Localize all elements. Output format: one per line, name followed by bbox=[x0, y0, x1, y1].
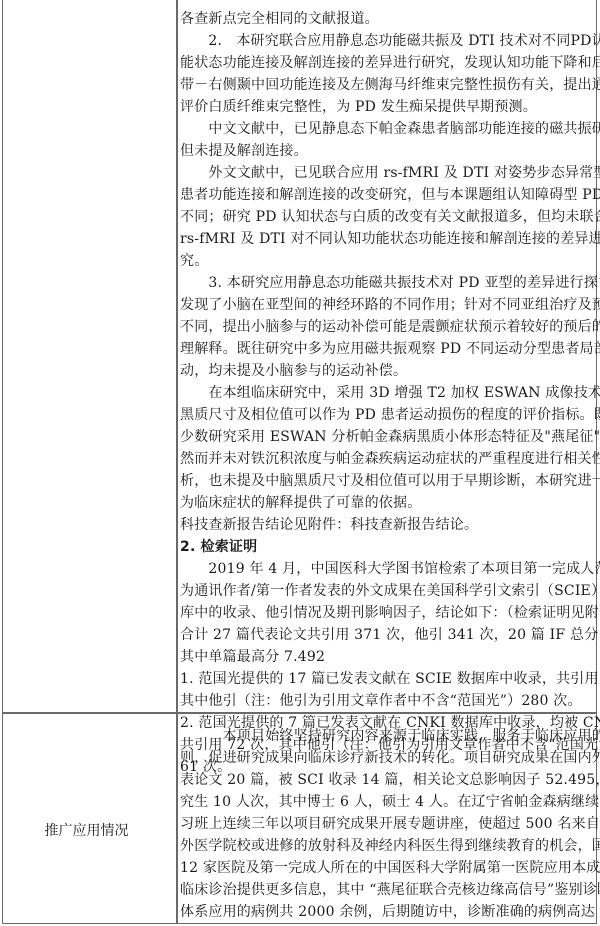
text-line: 临床诊治提供更多信息，其中 “燕尾征联合壳核边缘高信号”鉴别诊断 bbox=[180, 879, 592, 901]
text-line: 究生 10 人次，其中博士 6 人，硕士 4 人。在辽宁省帕金森病继续教育学 bbox=[180, 791, 592, 813]
text-line: 然而并未对铁沉积浓度与帕金森疾病运动症状的严重程度进行相关性分 bbox=[180, 448, 592, 470]
promotion-content-cell: 本项目始终坚持研究内容来源于临床实践，服务于临床应用的原 则，促进研究成果向临床… bbox=[180, 725, 592, 923]
text-line: 本项目始终坚持研究内容来源于临床实践，服务于临床应用的原 bbox=[180, 725, 592, 747]
text-line: 12 家医院及第一完成人所在的中国医科大学附属第一医院应用本成果为 bbox=[180, 857, 592, 879]
text-line: 2. 本研究联合应用静息态功能磁共振及 DTI 技术对不同PD认知功 bbox=[180, 30, 592, 52]
text-line: 2019 年 4 月，中国医科大学图书馆检索了本项目第一完成人范国光 bbox=[180, 558, 592, 580]
text-line: 习班上连续三年以项目研究成果开展专题讲座，使超过 500 名来自省内 bbox=[180, 813, 592, 835]
text-line: 其中单篇最高分 7.492 bbox=[180, 646, 592, 668]
text-line: 库中的收录、他引情况及期刊影响因子，结论如下：（检索证明见附件 5-2） bbox=[180, 602, 592, 624]
text-line: 表论文 20 篇，被 SCI 收录 14 篇，相关论文总影响因子 52.495，… bbox=[180, 769, 592, 791]
section-heading: 2. 检索证明 bbox=[180, 536, 592, 558]
text-line: 则，促进研究成果向临床诊疗新技术的转化。项目研究成果在国内外发 bbox=[180, 747, 592, 769]
text-line: 外医学院校或进修的放射科及神经内科医生得到继续教育的机会，国内 bbox=[180, 835, 592, 857]
text-line: 科技查新报告结论见附件：科技查新报告结论。 bbox=[180, 514, 592, 536]
text-line: 体系应用的病例共 2000 余例，后期随访中，诊断准确的病例高达 1800 bbox=[180, 901, 592, 923]
text-line: 各查新点完全相同的文献报道。 bbox=[180, 8, 592, 30]
text-line: rs-fMRI 及 DTI 对不同认知功能状态功能连接和解剖连接的差异进行研 bbox=[180, 228, 592, 250]
text-line: 能状态功能连接及解剖连接的差异进行研究，发现认知功能下降和后扣 bbox=[180, 52, 592, 74]
text-line: 动，均未提及小脑参与的运动补偿。 bbox=[180, 360, 592, 382]
text-line: 析，也未提及中脑黑质尺寸及相位值可以用于早期诊断，本研究进一步 bbox=[180, 470, 592, 492]
text-line: 黑质尺寸及相位值可以作为 PD 患者运动损伤的程度的评价指标。既往有 bbox=[180, 404, 592, 426]
text-line: 患者功能连接和解剖连接的改变研究，但与本课题组认知障碍型 PD 患者 bbox=[180, 184, 592, 206]
text-line: 但未提及解剖连接。 bbox=[180, 140, 592, 162]
text-line: 1. 范国光提供的 17 篇已发表文献在 SCIE 数据库中收录，共引用 299… bbox=[180, 668, 592, 690]
text-line: 究。 bbox=[180, 250, 592, 272]
text-line: 为通讯作者/第一作者发表的外文成果在美国科学引文索引（SCIE）数据 bbox=[180, 580, 592, 602]
text-line: 合计 27 篇代表论文共引用 371 次，他引 341 次，20 篇 IF 总分… bbox=[180, 624, 592, 646]
promotion-label: 推广应用情况 bbox=[0, 820, 173, 842]
text-line: 评价白质纤维束完整性，为 PD 发生痴呆提供早期预测。 bbox=[180, 96, 592, 118]
text-line: 不同，提出小脑参与的运动补偿可能是震颤症状预示着较好的预后的合 bbox=[180, 316, 592, 338]
text-line: 发现了小脑在亚型间的神经环路的不同作用；针对不同亚组治疗及预后 bbox=[180, 294, 592, 316]
novelty-content-cell: 各查新点完全相同的文献报道。 2. 本研究联合应用静息态功能磁共振及 DTI 技… bbox=[180, 8, 592, 778]
text-line: 带－右侧颞中回功能连接及左侧海马纤维束完整性损伤有关，提出通过 bbox=[180, 74, 592, 96]
text-line: 为临床症状的解释提供了可靠的依据。 bbox=[180, 492, 592, 514]
text-line: 在本组临床研究中，采用 3D 增强 T2 加权 ESWAN 成像技术，提出中脑 bbox=[180, 382, 592, 404]
text-line: 理解释。既往研究中多为应用磁共振观察 PD 不同运动分型患者局部脑活 bbox=[180, 338, 592, 360]
text-line: 不同；研究 PD 认知状态与白质的改变有关文献报道多，但均未联合应用 bbox=[180, 206, 592, 228]
text-line: 外文文献中，已见联合应用 rs-fMRI 及 DTI 对姿势步态异常型帕金森 bbox=[180, 162, 592, 184]
text-line: 中文文献中，已见静息态下帕金森患者脑部功能连接的磁共振研究， bbox=[180, 118, 592, 140]
text-line: 其中他引（注：他引为引用文章作者中不含“范国光”）280 次。 bbox=[180, 690, 592, 712]
column-divider bbox=[176, 0, 178, 923]
text-line: 3. 本研究应用静息态功能磁共振技术对 PD 亚型的差异进行探讨， bbox=[180, 272, 592, 294]
text-line: 少数研究采用 ESWAN 分析帕金森病黑质小体形态特征及"燕尾征"缺失， bbox=[180, 426, 592, 448]
